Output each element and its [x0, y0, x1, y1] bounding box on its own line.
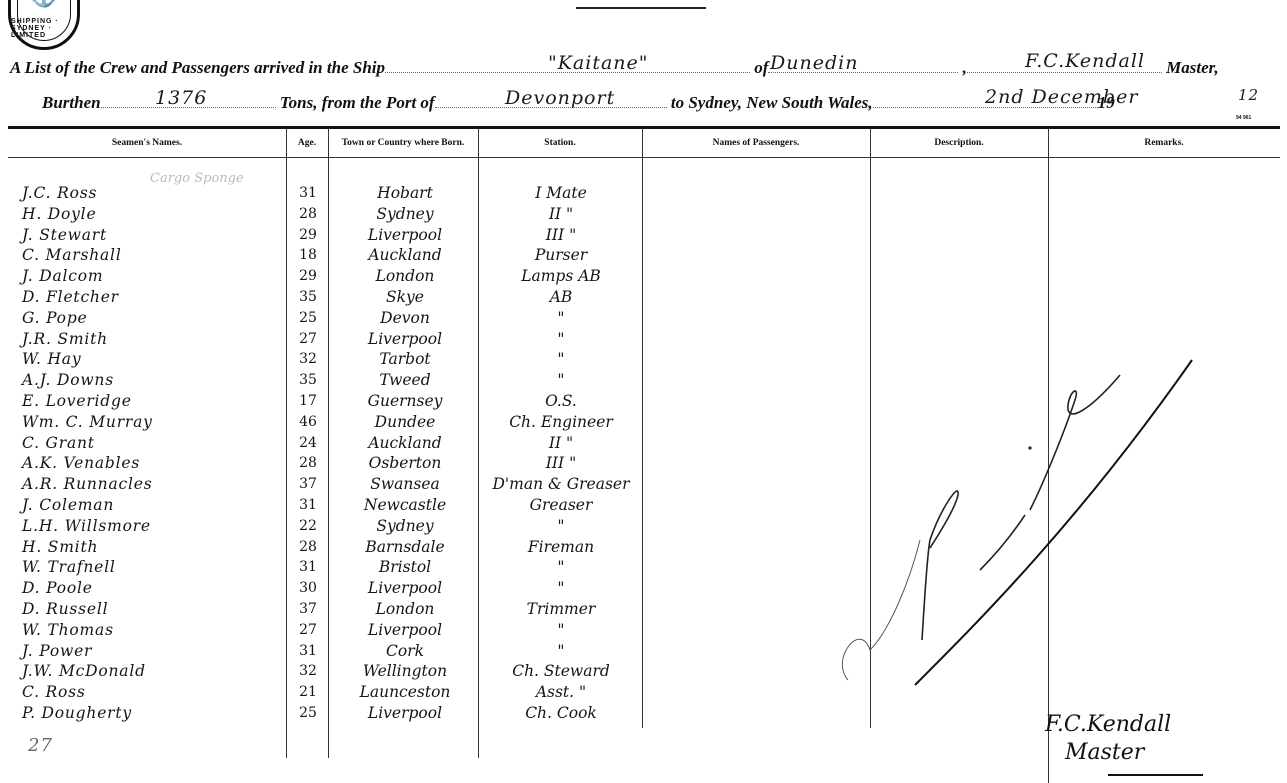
seaman-age: 28: [290, 453, 326, 474]
seaman-age: 46: [290, 412, 326, 433]
crew-row: J.R. Smith 27 Liverpool ": [0, 329, 660, 350]
seaman-station: ": [482, 578, 640, 599]
seaman-name: J.R. Smith: [22, 329, 108, 350]
anchor-icon: ⚓: [30, 0, 57, 7]
crew-row: D. Poole 30 Liverpool ": [0, 578, 660, 599]
seaman-name: H. Smith: [22, 537, 98, 558]
col-header-seamen-names: Seamen's Names.: [8, 130, 286, 156]
seaman-age: 29: [290, 266, 326, 287]
crew-row: G. Pope 25 Devon ": [0, 308, 660, 329]
seaman-name: A.K. Venables: [22, 453, 140, 474]
col-header-station: Station.: [478, 130, 642, 156]
company-seal: ⚓ SHIPPING · SYDNEY · LIMITED: [8, 0, 80, 50]
of-label: of: [754, 58, 768, 77]
seaman-station: ": [482, 349, 640, 370]
seaman-name: C. Grant: [22, 433, 95, 454]
seaman-age: 27: [290, 329, 326, 350]
seaman-birthplace: Auckland: [333, 245, 477, 266]
crew-row: C. Grant 24 Auckland II ": [0, 433, 660, 454]
seaman-age: 27: [290, 620, 326, 641]
seaman-age: 22: [290, 516, 326, 537]
seaman-name: D. Fletcher: [22, 287, 119, 308]
master-signature-title: Master: [1065, 740, 1144, 765]
list-title-prefix: A List of the Crew and Passengers arrive…: [10, 58, 385, 77]
seaman-age: 29: [290, 225, 326, 246]
signature-underline: [1108, 774, 1203, 776]
crew-row: P. Dougherty 25 Liverpool Ch. Cook: [0, 703, 660, 724]
seaman-station: Asst. ": [482, 682, 640, 703]
seaman-station: Lamps AB: [482, 266, 640, 287]
seaman-age: 28: [290, 204, 326, 225]
seaman-station: ": [482, 557, 640, 578]
seaman-station: II ": [482, 433, 640, 454]
crew-row: W. Hay 32 Tarbot ": [0, 349, 660, 370]
seaman-birthplace: Guernsey: [333, 391, 477, 412]
seaman-birthplace: Liverpool: [333, 703, 477, 724]
table-top-rule: [8, 126, 1280, 129]
seaman-station: AB: [482, 287, 640, 308]
seaman-station: D'man & Greaser: [482, 474, 640, 495]
col-header-description: Description.: [870, 130, 1048, 156]
seaman-birthplace: Launceston: [333, 682, 477, 703]
nil-passengers-scrawl: Nil: [830, 350, 1210, 700]
seaman-name: H. Doyle: [22, 204, 96, 225]
seaman-name: C. Ross: [22, 682, 86, 703]
seaman-age: 17: [290, 391, 326, 412]
seaman-name: E. Loveridge: [22, 391, 132, 412]
tons-label: Tons, from the Port of: [280, 93, 435, 112]
crew-row: W. Thomas 27 Liverpool ": [0, 620, 660, 641]
seaman-station: ": [482, 308, 640, 329]
seaman-name: C. Marshall: [22, 245, 122, 266]
year-suffix: 12: [1238, 86, 1259, 104]
seaman-station: Trimmer: [482, 599, 640, 620]
seaman-station: ": [482, 641, 640, 662]
crew-row: J. Power 31 Cork ": [0, 641, 660, 662]
seaman-birthplace: Tweed: [333, 370, 477, 391]
seaman-age: 35: [290, 370, 326, 391]
crew-row: E. Loveridge 17 Guernsey O.S.: [0, 391, 660, 412]
seaman-name: Wm. C. Murray: [22, 412, 153, 433]
seaman-name: P. Dougherty: [22, 703, 132, 724]
seal-text: SHIPPING · SYDNEY · LIMITED: [11, 18, 77, 39]
form-number: 94 961: [1236, 115, 1251, 121]
crew-row: C. Ross 21 Launceston Asst. ": [0, 682, 660, 703]
seaman-name: J. Stewart: [22, 225, 107, 246]
crew-row: J.W. McDonald 32 Wellington Ch. Steward: [0, 661, 660, 682]
seaman-station: I Mate: [482, 183, 640, 204]
crew-row: J.C. Ross 31 Hobart I Mate: [0, 183, 660, 204]
seaman-name: D. Poole: [22, 578, 93, 599]
seaman-station: ": [482, 329, 640, 350]
ship-name-value: "Kaitane": [548, 52, 649, 74]
to-label: to Sydney, New South Wales,: [671, 93, 873, 112]
col-header-remarks: Remarks.: [1048, 130, 1280, 156]
seaman-birthplace: Dundee: [333, 412, 477, 433]
from-port-value: Devonport: [505, 87, 615, 109]
master-signature: F.C.Kendall: [1045, 712, 1171, 737]
seaman-birthplace: Sydney: [333, 516, 477, 537]
seaman-birthplace: London: [333, 599, 477, 620]
seaman-age: 37: [290, 474, 326, 495]
date-value: 2nd December: [985, 86, 1138, 108]
seaman-name: A.J. Downs: [22, 370, 114, 391]
seaman-age: 30: [290, 578, 326, 599]
seaman-birthplace: Liverpool: [333, 329, 477, 350]
seaman-birthplace: Liverpool: [333, 225, 477, 246]
seaman-age: 28: [290, 537, 326, 558]
seaman-station: Ch. Steward: [482, 661, 640, 682]
seaman-station: ": [482, 516, 640, 537]
seaman-birthplace: Cork: [333, 641, 477, 662]
seaman-name: G. Pope: [22, 308, 88, 329]
crew-row: W. Trafnell 31 Bristol ": [0, 557, 660, 578]
seaman-age: 24: [290, 433, 326, 454]
crew-row: L.H. Willsmore 22 Sydney ": [0, 516, 660, 537]
margin-mark: 27: [28, 735, 53, 756]
seaman-station: ": [482, 620, 640, 641]
col-header-town: Town or Country where Born.: [328, 130, 478, 156]
seaman-birthplace: Devon: [333, 308, 477, 329]
top-rule: [576, 7, 706, 9]
seaman-name: J. Coleman: [22, 495, 114, 516]
seaman-name: W. Trafnell: [22, 557, 116, 578]
seaman-station: Purser: [482, 245, 640, 266]
seaman-station: O.S.: [482, 391, 640, 412]
burthen-value: 1376: [155, 87, 207, 109]
seaman-birthplace: Swansea: [333, 474, 477, 495]
seaman-age: 31: [290, 557, 326, 578]
master-label: Master,: [1166, 58, 1218, 77]
master-name-value: F.C.Kendall: [1025, 50, 1145, 72]
seaman-station: II ": [482, 204, 640, 225]
seaman-age: 25: [290, 308, 326, 329]
crew-row: H. Smith 28 Barnsdale Fireman: [0, 537, 660, 558]
seaman-birthplace: Barnsdale: [333, 537, 477, 558]
seaman-age: 31: [290, 495, 326, 516]
seaman-age: 31: [290, 183, 326, 204]
seaman-birthplace: Bristol: [333, 557, 477, 578]
seaman-birthplace: Liverpool: [333, 578, 477, 599]
crew-row: Wm. C. Murray 46 Dundee Ch. Engineer: [0, 412, 660, 433]
seaman-station: Ch. Cook: [482, 703, 640, 724]
seaman-age: 31: [290, 641, 326, 662]
seaman-name: J. Power: [22, 641, 92, 662]
home-port-value: Dunedin: [770, 52, 858, 74]
seaman-name: W. Hay: [22, 349, 81, 370]
seaman-birthplace: Hobart: [333, 183, 477, 204]
seaman-birthplace: London: [333, 266, 477, 287]
col-header-age: Age.: [286, 130, 328, 156]
seaman-station: Ch. Engineer: [482, 412, 640, 433]
crew-row: A.K. Venables 28 Osberton III ": [0, 453, 660, 474]
seaman-name: A.R. Runnacles: [22, 474, 152, 495]
seaman-age: 25: [290, 703, 326, 724]
crew-row: J. Coleman 31 Newcastle Greaser: [0, 495, 660, 516]
seaman-birthplace: Tarbot: [333, 349, 477, 370]
seaman-name: J. Dalcom: [22, 266, 103, 287]
crew-row: A.J. Downs 35 Tweed ": [0, 370, 660, 391]
crew-row: A.R. Runnacles 37 Swansea D'man & Grease…: [0, 474, 660, 495]
seaman-birthplace: Wellington: [333, 661, 477, 682]
seaman-birthplace: Newcastle: [333, 495, 477, 516]
crew-row: H. Doyle 28 Sydney II ": [0, 204, 660, 225]
seaman-station: Fireman: [482, 537, 640, 558]
seaman-station: III ": [482, 225, 640, 246]
crew-row: D. Fletcher 35 Skye AB: [0, 287, 660, 308]
seaman-age: 21: [290, 682, 326, 703]
crew-row: J. Stewart 29 Liverpool III ": [0, 225, 660, 246]
burthen-label: Burthen: [42, 93, 101, 112]
crew-row: C. Marshall 18 Auckland Purser: [0, 245, 660, 266]
seaman-age: 32: [290, 349, 326, 370]
crew-row: D. Russell 37 London Trimmer: [0, 599, 660, 620]
seaman-age: 35: [290, 287, 326, 308]
table-header-rule: [8, 157, 1280, 158]
seaman-birthplace: Skye: [333, 287, 477, 308]
seaman-age: 18: [290, 245, 326, 266]
seaman-birthplace: Liverpool: [333, 620, 477, 641]
seaman-station: ": [482, 370, 640, 391]
seaman-birthplace: Auckland: [333, 433, 477, 454]
seaman-age: 32: [290, 661, 326, 682]
seaman-name: J.C. Ross: [22, 183, 97, 204]
seaman-name: D. Russell: [22, 599, 108, 620]
seaman-age: 37: [290, 599, 326, 620]
crew-row: J. Dalcom 29 London Lamps AB: [0, 266, 660, 287]
seaman-station: III ": [482, 453, 640, 474]
col-header-passengers: Names of Passengers.: [642, 130, 870, 156]
seaman-birthplace: Osberton: [333, 453, 477, 474]
seaman-station: Greaser: [482, 495, 640, 516]
seaman-name: W. Thomas: [22, 620, 114, 641]
seaman-name: L.H. Willsmore: [22, 516, 151, 537]
seaman-name: J.W. McDonald: [22, 661, 146, 682]
seaman-birthplace: Sydney: [333, 204, 477, 225]
